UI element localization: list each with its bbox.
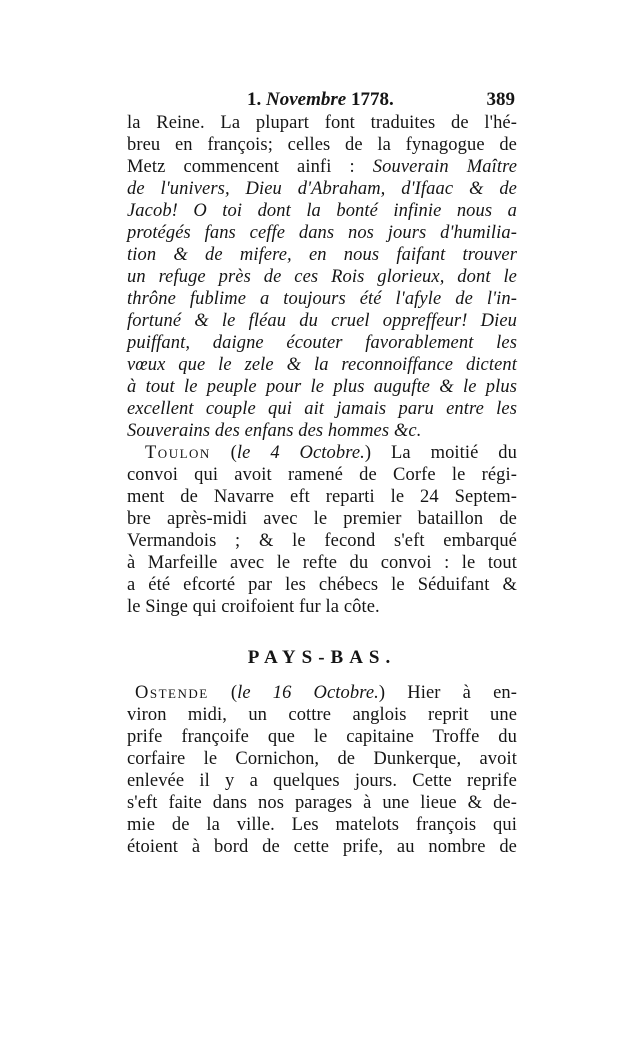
page-number: 389 — [487, 88, 516, 112]
text-line: corfaire le Cornichon, de Dunkerque, avo… — [127, 748, 517, 770]
text-line: tion & de mifere, en nous faifant trouve… — [127, 244, 517, 266]
text-line: protégés fans ceffe dans nos jours d'hum… — [127, 222, 517, 244]
dateline-date: le 16 Octobre. — [237, 683, 379, 703]
text-line: puiffant, daigne écouter favorablement l… — [127, 332, 517, 354]
text-line: de l'univers, Dieu d'Abraham, d'Ifaac & … — [127, 178, 517, 200]
text-line: viron midi, un cottre anglois reprit une — [127, 704, 517, 726]
text-line: Vermandois ; & le fecond s'eft embarqué — [127, 530, 517, 552]
text-line: un refuge près de ces Rois glorieux, don… — [127, 266, 517, 288]
text-line: la Reine. La plupart font traduites de l… — [127, 112, 517, 134]
paragraph-ostende: Ostende (le 16 Octobre.) Hier à en- viro… — [127, 682, 517, 858]
dateline-line: Ostende (le 16 Octobre.) Hier à en- — [127, 682, 517, 704]
text-line: breu en françois; celles de la fynagogue… — [127, 134, 517, 156]
text-roman: Hier à en- — [407, 683, 517, 703]
dateline-place: Ostende — [135, 683, 209, 703]
text-roman: Metz commencent ainfi : — [127, 157, 373, 177]
paragraph-synagogue-prayer: la Reine. La plupart font traduites de l… — [127, 112, 517, 442]
running-head: 1. Novembre 1778. 389 — [127, 88, 517, 112]
running-head-date: 1. Novembre 1778. — [247, 88, 394, 112]
text-line: à tout le peuple pour le plus augufte & … — [127, 376, 517, 398]
text-line: mie de la ville. Les matelots françois q… — [127, 814, 517, 836]
paren-close: ) — [379, 683, 385, 703]
text-italic: Souverain Maître — [373, 157, 517, 177]
text-line: prife françoife que le capitaine Troffe … — [127, 726, 517, 748]
section-heading: PAYS-BAS. — [127, 636, 517, 680]
text-line: s'eft faite dans nos parages à une lieue… — [127, 792, 517, 814]
text-line: enlevée il y a quelques jours. Cette rep… — [127, 770, 517, 792]
text-line: le Singe qui croifoient fur la côte. — [127, 596, 517, 618]
dateline-place: Toulon — [145, 443, 211, 463]
running-head-year: 1778. — [351, 89, 394, 110]
running-head-month: Novembre — [266, 89, 346, 110]
dateline-date: le 4 Octobre. — [237, 443, 365, 463]
paragraph-toulon: Toulon (le 4 Octobre.) La moitié du conv… — [127, 442, 517, 618]
text-line: à Marfeille avec le refte du convoi : le… — [127, 552, 517, 574]
running-head-day: 1. — [247, 89, 261, 110]
dateline-line: Toulon (le 4 Octobre.) La moitié du — [127, 442, 517, 464]
text-line: excellent couple qui ait jamais paru ent… — [127, 398, 517, 420]
text-line: convoi qui avoit ramené de Corfe le régi… — [127, 464, 517, 486]
book-page: 1. Novembre 1778. 389 la Reine. La plupa… — [127, 88, 517, 858]
text-line: vœux que le zele & la reconnoiffance dic… — [127, 354, 517, 376]
text-line: Metz commencent ainfi : Souverain Maître — [127, 156, 517, 178]
text-line: fortuné & le fléau du cruel oppreffeur! … — [127, 310, 517, 332]
paren-close: ) — [365, 443, 371, 463]
text-line: bre après-midi avec le premier bataillon… — [127, 508, 517, 530]
text-line: ment de Navarre eft reparti le 24 Septem… — [127, 486, 517, 508]
text-line: thrône fublime a toujours été l'afyle de… — [127, 288, 517, 310]
text-roman: La moitié du — [391, 443, 517, 463]
text-line: Souverains des enfans des hommes &c. — [127, 420, 517, 442]
text-line: Jacob! O toi dont la bonté infinie nous … — [127, 200, 517, 222]
text-line: a été efcorté par les chébecs le Séduifa… — [127, 574, 517, 596]
text-line: étoient à bord de cette prife, au nombre… — [127, 836, 517, 858]
